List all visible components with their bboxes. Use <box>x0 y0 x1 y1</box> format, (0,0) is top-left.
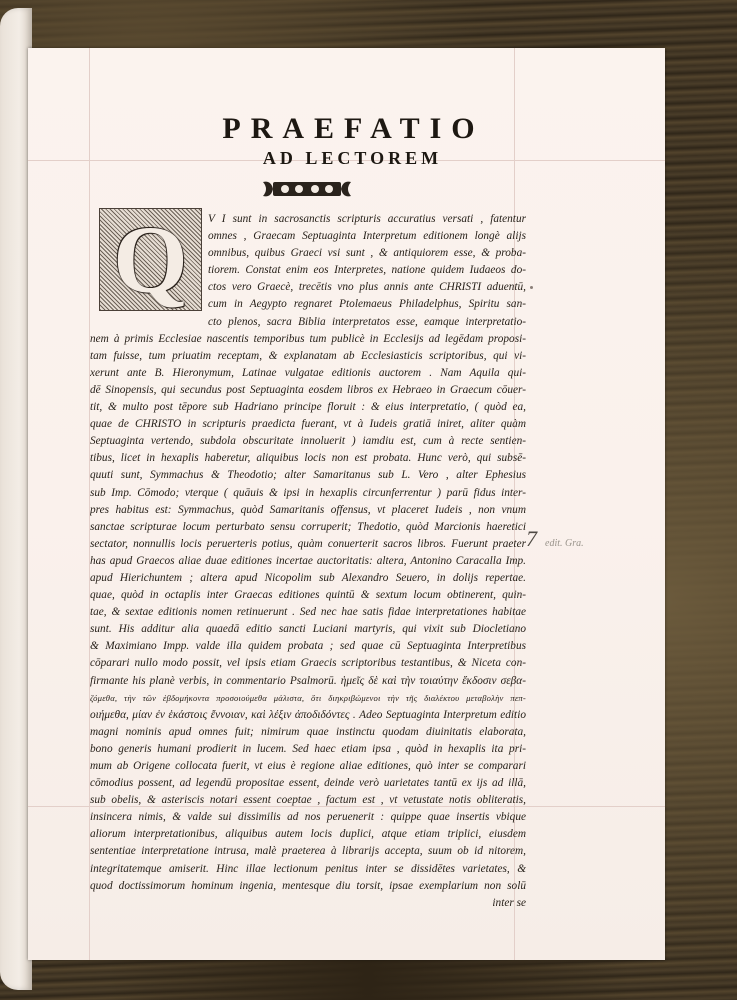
text-line: insincera nimis, & valde sui dissimilis … <box>90 809 526 826</box>
text-line: ctos vero Graecè, trecētis vno plus anni… <box>90 279 526 296</box>
text-line: quae de CHRISTO in scripturis praedicta … <box>90 416 526 433</box>
text-line: pres habitus est: Symmachus, quòd Samari… <box>90 502 526 519</box>
text-line: bono generis humani prodierit in lucem. … <box>90 741 526 758</box>
text-line: quae, quòd in octaplis inter Graecas edi… <box>90 587 526 604</box>
text-line: has apud Graecos aliae duae editiones in… <box>90 553 526 570</box>
text-line: cōmodius possent, ad legendū propositae … <box>90 775 526 792</box>
margin-note-text: edit. Gra. <box>545 538 584 549</box>
text-line: sententiae interpretatione intrusa, malè… <box>90 843 526 860</box>
handwritten-margin-note: 7 edit. Gra. <box>526 526 584 552</box>
text-line: xerunt ante B. Hieronymum, Latinae vulga… <box>90 365 526 382</box>
text-line: dē Sinopensis, qui secundus post Septuag… <box>90 382 526 399</box>
catchword: inter se <box>90 895 526 912</box>
text-line: & Maximiano Impp. valde illa quidem prob… <box>90 638 526 655</box>
page-title: PRAEFATIO <box>28 112 665 146</box>
text-line: sanctae scripturae locum perturbato sens… <box>90 519 526 536</box>
body-text: V I sunt in sacrosanctis scripturis accu… <box>90 211 526 912</box>
margin-note-number: 7 <box>526 526 537 551</box>
text-line: omnibus, quibus Graeci vsi sunt , & anti… <box>90 245 526 262</box>
text-line: magni nominis apud omnes fuit; nimirum q… <box>90 724 526 741</box>
text-line: cum in Aegypto regnaret Ptolemaeus Phila… <box>90 296 526 313</box>
text-line: nem à primis Ecclesiae nascentis tempori… <box>90 331 526 348</box>
text-line: firmante his planè verbis, in commentari… <box>90 673 526 690</box>
text-line: aliorum interpretationibus, aliquibus au… <box>90 826 526 843</box>
text-line: quod doctissimorum hominum ingenia, ment… <box>90 878 526 895</box>
text-line: sub Imp. Cōmodo; vterque ( quāuis & ipsi… <box>90 485 526 502</box>
text-line: quuti sunt, Symmachus & Theodotio; alter… <box>90 467 526 484</box>
page-subtitle: AD LECTOREM <box>28 148 665 169</box>
text-line: mum ab Origene collocata fuerit, vt eius… <box>90 758 526 775</box>
text-line: Septuaginta vertendo, subdola obscuritat… <box>90 433 526 450</box>
text-line: οιήμεθα, μίαν ἐν ἑκάστοις ἔννοιαν, καὶ λ… <box>90 707 526 724</box>
text-line: V I sunt in sacrosanctis scripturis accu… <box>90 211 526 228</box>
text-line: tam fuisse, tum priuatim receptam, & exp… <box>90 348 526 365</box>
fleuron-ornament-icon <box>261 178 353 200</box>
text-line: integritatemque amiserit. Hinc illae lec… <box>90 861 526 878</box>
text-line: cto plenos, sacra Biblia interpretatos e… <box>90 314 526 331</box>
text-line: sub obelis, & asteriscis notari essent c… <box>90 792 526 809</box>
text-line: apud Hierichuntem ; altera apud Nicopoli… <box>90 570 526 587</box>
text-line-greek: ζόμεθα, τὴν τῶν ἑβδομήκοντα προσοιούμεθα… <box>90 690 526 707</box>
book-page: PRAEFATIO AD LECTOREM Q V I sunt in sacr… <box>28 48 665 960</box>
text-line: sunt. His additur alia quaedā editio san… <box>90 621 526 638</box>
text-line: sectator, nonnullis locis peruerteris po… <box>90 536 526 553</box>
text-line: tae, & sextae editionis nomen retinuerun… <box>90 604 526 621</box>
text-line: cōparari nullo modo possit, vel ipsis et… <box>90 655 526 672</box>
text-line: tit, & multo post tēpore sub Hadriano pr… <box>90 399 526 416</box>
text-line: tiorem. Constat enim eos Interpretes, na… <box>90 262 526 279</box>
ink-speck <box>530 286 533 289</box>
text-line: omnes , Graecam Septuaginta Interpretum … <box>90 228 526 245</box>
text-line: tibus, licet in hexaplis haberetur, aliq… <box>90 450 526 467</box>
